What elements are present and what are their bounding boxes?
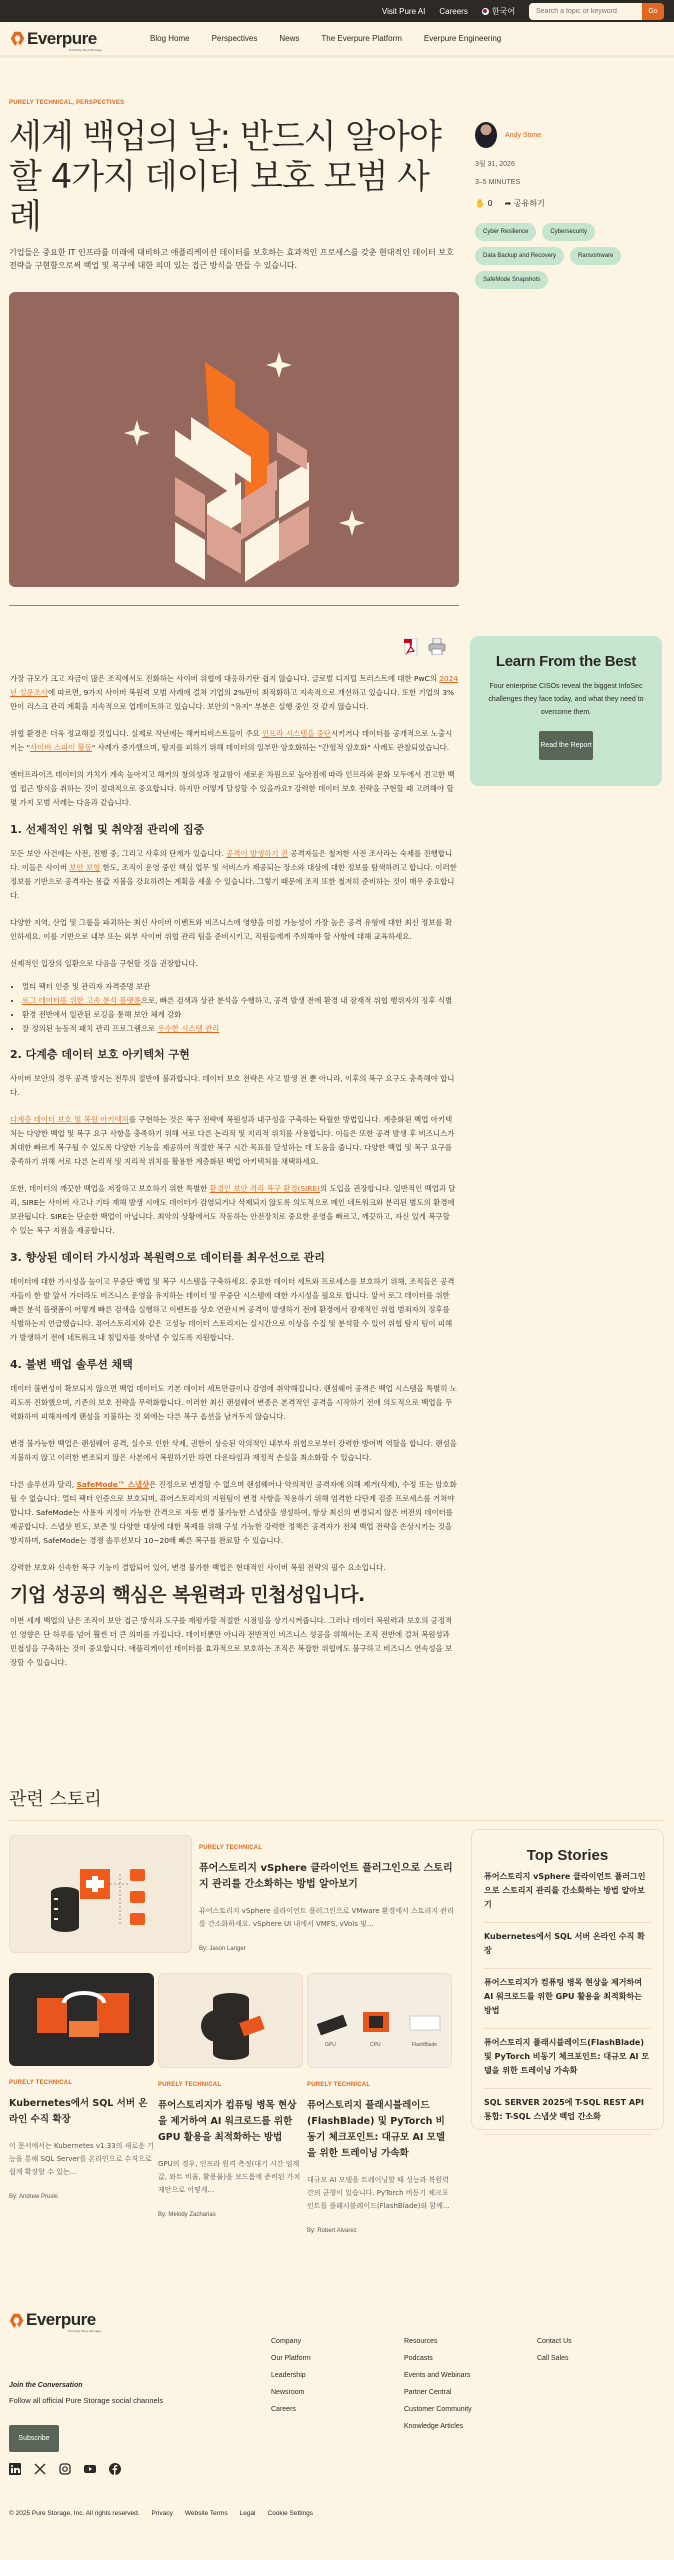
footer-heading-contact[interactable]: Contact Us	[537, 2338, 670, 2345]
publish-date: 3월 31, 2026	[475, 159, 665, 169]
read-time: 3–5 MINUTES	[475, 179, 665, 186]
vsphere-plugin-illustration	[10, 1836, 192, 1953]
footer-link[interactable]: Events and Webinars	[404, 2372, 537, 2379]
main-nav: Everpure formerly Pure Storage Blog Home…	[0, 22, 674, 58]
related-card[interactable]: PURELY TECHNICAL Kubernetes에서 SQL 서버 온라인…	[9, 1973, 154, 2234]
security-insurance-link[interactable]: 보안 보험	[69, 863, 100, 872]
language-selector[interactable]: 한국어	[482, 6, 515, 17]
list-item: 로그 데이터를 위한 고속 분석 플랫폼으로, 빠른 검색과 상관 분석을 수행…	[22, 994, 458, 1008]
paragraph: 다양한 지역, 산업 및 그룹을 파괴하는 최신 사이버 이벤트와 비즈니스에 …	[10, 916, 458, 944]
featured-author: By: Jason Langer	[199, 1946, 459, 1952]
author-block: Andy Stone	[475, 122, 665, 148]
share-arrow-icon: ➦	[505, 199, 512, 208]
join-subtitle: Follow all official Pure Storage social …	[9, 2396, 163, 2405]
promo-card: Learn From the Best Four enterprise CISO…	[470, 636, 662, 786]
website-terms-link[interactable]: Website Terms	[185, 2510, 228, 2517]
logo-wordmark: Everpure	[26, 2310, 96, 2330]
search-form: Go	[529, 3, 664, 20]
logo-subtitle: formerly Pure Storage	[69, 48, 102, 52]
card-excerpt: GPU의 경우, 인프라 원격 측정(대기 시간 임계값, 와트 비율, 활용률…	[158, 2158, 303, 2197]
infrastructure-link[interactable]: 인프라 시스템을 중단	[262, 729, 331, 738]
gpu-cpu-flashblade-illustration: GPUCPUFlashBlade	[308, 1974, 452, 2068]
tag-list: Cyber Resilience Cybersecurity Data Back…	[475, 223, 665, 289]
utility-bar: Visit Pure AI Careers 한국어 Go	[0, 0, 674, 22]
copyright: © 2025 Pure Storage, Inc. All rights res…	[9, 2510, 140, 2517]
paragraph: 가장 규모가 크고 자금이 많은 조직에서도 진화하는 사이버 위협에 대응하기…	[10, 672, 458, 714]
like-button[interactable]: ✋ 0	[475, 199, 493, 208]
before-attack-link[interactable]: 공격이 발생하기 전	[226, 849, 288, 858]
divider	[9, 605, 459, 606]
card-title[interactable]: 퓨어스토리지가 컴퓨팅 병목 현상을 제거하여 AI 워크로드를 위한 GPU …	[158, 2098, 303, 2146]
paragraph: 또한, 데이터의 깨끗한 백업을 저장하고 보호하기 위한 특별한 환경인 보안…	[10, 1182, 458, 1238]
legal-link[interactable]: Legal	[240, 2510, 256, 2517]
system-management-link[interactable]: 우수한 시스템 관리	[157, 1024, 219, 1033]
nav-everpure-engineering[interactable]: Everpure Engineering	[424, 34, 501, 43]
footer-columns: Company Our Platform Leadership Newsroom…	[271, 2338, 670, 2440]
list-item: 잘 정의된 능동적 패치 관리 프로그램으로 우수한 시스템 관리	[22, 1022, 458, 1036]
card-thumbnail[interactable]	[158, 1973, 303, 2068]
nav-blog-home[interactable]: Blog Home	[150, 34, 190, 43]
top-stories: Top Stories 퓨어스토리지 vSphere 클라이언트 플러그인으로 …	[471, 1829, 664, 2130]
footer-link[interactable]: Leadership	[271, 2372, 404, 2379]
page-title: 세계 백업의 날: 반드시 알아야 할 4가지 데이터 보호 모범 사례	[9, 117, 459, 237]
card-title[interactable]: Kubernetes에서 SQL 서버 온라인 수직 확장	[9, 2096, 154, 2128]
nav-perspectives[interactable]: Perspectives	[212, 34, 258, 43]
footer-contact: Contact Us Call Sales	[537, 2338, 670, 2440]
privacy-link[interactable]: Privacy	[152, 2510, 173, 2517]
footer-link[interactable]: Newsroom	[271, 2389, 404, 2396]
linkedin-icon[interactable]	[9, 2463, 21, 2475]
database-gpu-illustration	[159, 1974, 303, 2068]
article-meta: Andy Stone 3월 31, 2026 3–5 MINUTES ✋ 0 ➦…	[475, 122, 665, 289]
promo-title: Learn From the Best	[470, 653, 662, 670]
list-item: 환경 전반에서 일관된 로깅을 통해 보안 체계 강화	[22, 1008, 458, 1022]
author-avatar[interactable]	[475, 122, 497, 148]
section-heading-3: 3. 향상된 데이터 가시성과 복원력으로 데이터를 최우선으로 관리	[10, 1251, 458, 1265]
cyber-espionage-link[interactable]: 사이버 스파이 활동	[30, 743, 92, 752]
footer-heading-resources[interactable]: Resources	[404, 2338, 537, 2345]
related-card[interactable]: PURELY TECHNICAL 퓨어스토리지가 컴퓨팅 병목 현상을 제거하여…	[158, 1973, 303, 2234]
read-report-button[interactable]: Read the Report	[539, 731, 593, 760]
article-header: PURELY TECHNICAL, PERSPECTIVES 세계 백업의 날:…	[9, 100, 459, 606]
nav-everpure-platform[interactable]: The Everpure Platform	[321, 34, 401, 43]
article-lede: 기업들은 중요한 IT 인프라를 미래에 대비하고 애플리케이션 데이터를 보호…	[9, 246, 459, 272]
paragraph: 데이터 불변성이 확보되지 않으면 백업 데이터도 기본 데이터 세트만큼이나 …	[10, 1382, 458, 1424]
careers-link[interactable]: Careers	[439, 7, 467, 16]
logo-subtitle: formerly Pure Storage	[68, 2329, 101, 2333]
facebook-icon[interactable]	[109, 2463, 121, 2475]
featured-excerpt: 퓨어스토리지 vSphere 클라이언트 플러그인으로 VMware 환경에서 …	[199, 1905, 459, 1931]
paragraph: 다계층 데이터 보호 및 복원 아키텍처를 구현하는 것은 복구 전략에 복원성…	[10, 1113, 458, 1169]
author-name-link[interactable]: Andy Stone	[505, 132, 541, 139]
conclusion-heading: 기업 성공의 핵심은 복원력과 민첩성입니다.	[10, 1588, 458, 1602]
tag-safemode-snapshots[interactable]: SafeMode Snapshots	[475, 271, 548, 289]
tag-data-backup-recovery[interactable]: Data Backup and Recovery	[475, 247, 564, 265]
layered-architecture-link[interactable]: 다계층 데이터 보호 및 복원 아키텍처	[10, 1115, 129, 1124]
card-thumbnail[interactable]	[9, 1973, 154, 2066]
paragraph: 강력한 보호와 신속한 복구 기능이 결합되어 있어, 변경 불가한 백업은 현…	[10, 1561, 458, 1575]
everpure-logo-icon	[10, 31, 25, 46]
paragraph: 선제적인 입장의 일환으로 다음을 구현할 것을 권장합니다.	[10, 957, 458, 971]
footer: Everpure formerly Pure Storage Join the …	[9, 2310, 665, 2330]
footer-link[interactable]: Our Platform	[271, 2355, 404, 2362]
search-input[interactable]	[529, 3, 642, 20]
korea-flag-icon	[482, 8, 489, 15]
search-go-button[interactable]: Go	[642, 3, 664, 20]
data-blocks-illustration	[9, 292, 459, 587]
card-thumbnail[interactable]: GPUCPUFlashBlade	[307, 1973, 452, 2068]
join-conversation: Join the Conversation Follow all officia…	[9, 2382, 163, 2405]
paragraph: 이번 세계 백업의 날은 조직이 보안 접근 방식과 도구를 재평가할 적절한 …	[10, 1614, 458, 1670]
footer-link[interactable]: Call Sales	[537, 2355, 670, 2362]
article-category[interactable]: PURELY TECHNICAL, PERSPECTIVES	[9, 100, 459, 106]
paragraph: 사이버 보안의 경우 공격 방지는 전투의 절반에 불과합니다. 데이터 보호 …	[10, 1072, 458, 1100]
featured-thumbnail[interactable]	[9, 1835, 192, 1953]
top-story-item[interactable]: Kubernetes에서 SQL 서버 온라인 수직 확장	[484, 1923, 651, 1969]
svg-text:CPU: CPU	[370, 2042, 381, 2048]
legal-bar: © 2025 Pure Storage, Inc. All rights res…	[9, 2510, 313, 2517]
card-category[interactable]: PURELY TECHNICAL	[307, 2082, 452, 2088]
footer-logo[interactable]: Everpure formerly Pure Storage	[9, 2310, 119, 2330]
paragraph: 데이터에 대한 가시성을 높이고 무중단 백업 및 복구 시스템을 구축하세요.…	[10, 1275, 458, 1345]
sire-link[interactable]: 환경인 보안 격리 복구 환경(SIRE)	[210, 1184, 320, 1193]
nav-news[interactable]: News	[279, 34, 299, 43]
paragraph: 엔터프라이즈 데이터의 가치가 계속 높아지고 해커의 창의성과 정교함이 새로…	[10, 768, 458, 810]
gpu-blocks-illustration	[9, 1973, 154, 2066]
youtube-icon[interactable]	[84, 2463, 96, 2475]
logo-wordmark: Everpure	[27, 29, 97, 49]
footer-heading-company[interactable]: Company	[271, 2338, 404, 2345]
footer-link[interactable]: Partner Central	[404, 2389, 537, 2396]
analytics-platform-link[interactable]: 로그 데이터를 위한 고속 분석 플랫폼	[22, 996, 141, 1005]
like-count: 0	[488, 199, 493, 208]
share-label: 공유하기	[514, 199, 545, 208]
divider	[9, 1820, 665, 1821]
top-story-item[interactable]: 퓨어스토리지 플래시블레이드(FlashBlade) 및 PyTorch 비동기…	[484, 2029, 651, 2089]
paragraph: 위협 환경은 더욱 정교해질 것입니다. 실제로 작년에는 해커티비스트들이 주…	[10, 727, 458, 755]
everpure-logo[interactable]: Everpure formerly Pure Storage	[10, 29, 120, 49]
card-category[interactable]: PURELY TECHNICAL	[158, 2082, 303, 2088]
card-excerpt: 이 문서에서는 Kubernetes v1.33의 새로운 기능을 통해 SQL…	[9, 2140, 154, 2179]
tag-cybersecurity[interactable]: Cybersecurity	[542, 223, 595, 241]
featured-category[interactable]: PURELY TECHNICAL	[199, 1845, 459, 1851]
recommendation-list: 멀티 팩터 인증 및 관리자 자격증명 보관 로그 데이터를 위한 고속 분석 …	[20, 980, 458, 1036]
card-excerpt: 대규모 AI 모델을 트레이닝할 때 성능과 복원력 간의 균형이 있습니다. …	[307, 2174, 452, 2213]
top-story-item[interactable]: 퓨어스토리지가 컴퓨팅 병목 현상을 제거하여 AI 워크로드를 위한 GPU …	[484, 1969, 651, 2029]
card-category[interactable]: PURELY TECHNICAL	[9, 2080, 154, 2086]
footer-link[interactable]: Podcasts	[404, 2355, 537, 2362]
card-author: By: Robert Alvarez	[307, 2228, 452, 2234]
card-author: By: Andrew Pruski	[9, 2194, 154, 2200]
top-story-item[interactable]: 퓨어스토리지 vSphere 클라이언트 플러그인으로 스토리지 관리를 간소화…	[484, 1864, 651, 1923]
featured-title[interactable]: 퓨어스토리지 vSphere 클라이언트 플러그인으로 스토리지 관리를 간소화…	[199, 1861, 459, 1893]
visit-pure-ai-link[interactable]: Visit Pure AI	[382, 7, 425, 16]
related-heading: 관련 스토리	[9, 1785, 665, 1811]
footer-link[interactable]: Customer Community	[404, 2406, 537, 2413]
share-button[interactable]: ➦ 공유하기	[505, 198, 545, 209]
svg-text:FlashBlade: FlashBlade	[412, 2042, 437, 2048]
subscribe-button[interactable]: Subscribe	[9, 2425, 59, 2452]
safemode-link[interactable]: SafeMode™ 스냅샷	[77, 1480, 150, 1489]
social-links	[9, 2463, 121, 2475]
paragraph: 모든 보안 사건에는 사전, 진행 중, 그리고 사후의 단계가 있습니다. 공…	[10, 847, 458, 903]
footer-company: Company Our Platform Leadership Newsroom…	[271, 2338, 404, 2440]
hero-image	[9, 292, 459, 587]
tag-ransomware[interactable]: Ransomware	[570, 247, 621, 265]
footer-link[interactable]: Knowledge Articles	[404, 2423, 537, 2430]
svg-text:GPU: GPU	[325, 2042, 336, 2048]
list-item: 멀티 팩터 인증 및 관리자 자격증명 보관	[22, 980, 458, 994]
join-title: Join the Conversation	[9, 2382, 163, 2389]
card-author: By: Melody Zacharias	[158, 2212, 303, 2218]
article-tools	[404, 638, 446, 655]
language-label: 한국어	[492, 6, 515, 17]
article-body: 가장 규모가 크고 자금이 많은 조직에서도 진화하는 사이버 위협에 대응하기…	[10, 672, 458, 1683]
x-twitter-icon[interactable]	[34, 2463, 46, 2475]
promo-body: Four enterprise CISOs reveal the biggest…	[484, 680, 648, 719]
related-card[interactable]: GPUCPUFlashBlade PURELY TECHNICAL 퓨어스토리지…	[307, 1973, 452, 2234]
cookie-settings-link[interactable]: Cookie Settings	[268, 2510, 314, 2517]
section-heading-2: 2. 다계층 데이터 보호 아키텍처 구현	[10, 1048, 458, 1062]
top-story-item[interactable]: SQL SERVER 2025에 T-SQL REST API 통합: T-SQ…	[484, 2089, 651, 2135]
everpure-logo-icon	[9, 2313, 24, 2328]
print-icon[interactable]	[428, 638, 446, 655]
section-heading-4: 4. 불변 백업 솔루션 채택	[10, 1358, 458, 1372]
card-title[interactable]: 퓨어스토리지 플래시블레이드(FlashBlade) 및 PyTorch 비동기…	[307, 2098, 452, 2162]
instagram-icon[interactable]	[59, 2463, 71, 2475]
section-heading-1: 1. 선제적인 위협 및 취약점 관리에 집중	[10, 823, 458, 837]
top-stories-title: Top Stories	[484, 1847, 651, 1864]
paragraph: 변경 불가능한 백업은 랜섬웨어 공격, 실수로 인한 삭제, 권한이 상승된 …	[10, 1437, 458, 1465]
pdf-icon[interactable]	[404, 638, 418, 655]
clap-icon: ✋	[475, 199, 485, 208]
footer-resources: Resources Podcasts Events and Webinars P…	[404, 2338, 537, 2440]
tag-cyber-resilience[interactable]: Cyber Resilience	[475, 223, 536, 241]
footer-link[interactable]: Careers	[271, 2406, 404, 2413]
paragraph: 다른 솔루션과 달리, SafeMode™ 스냅샷은 진정으로 변경할 수 없으…	[10, 1478, 458, 1548]
